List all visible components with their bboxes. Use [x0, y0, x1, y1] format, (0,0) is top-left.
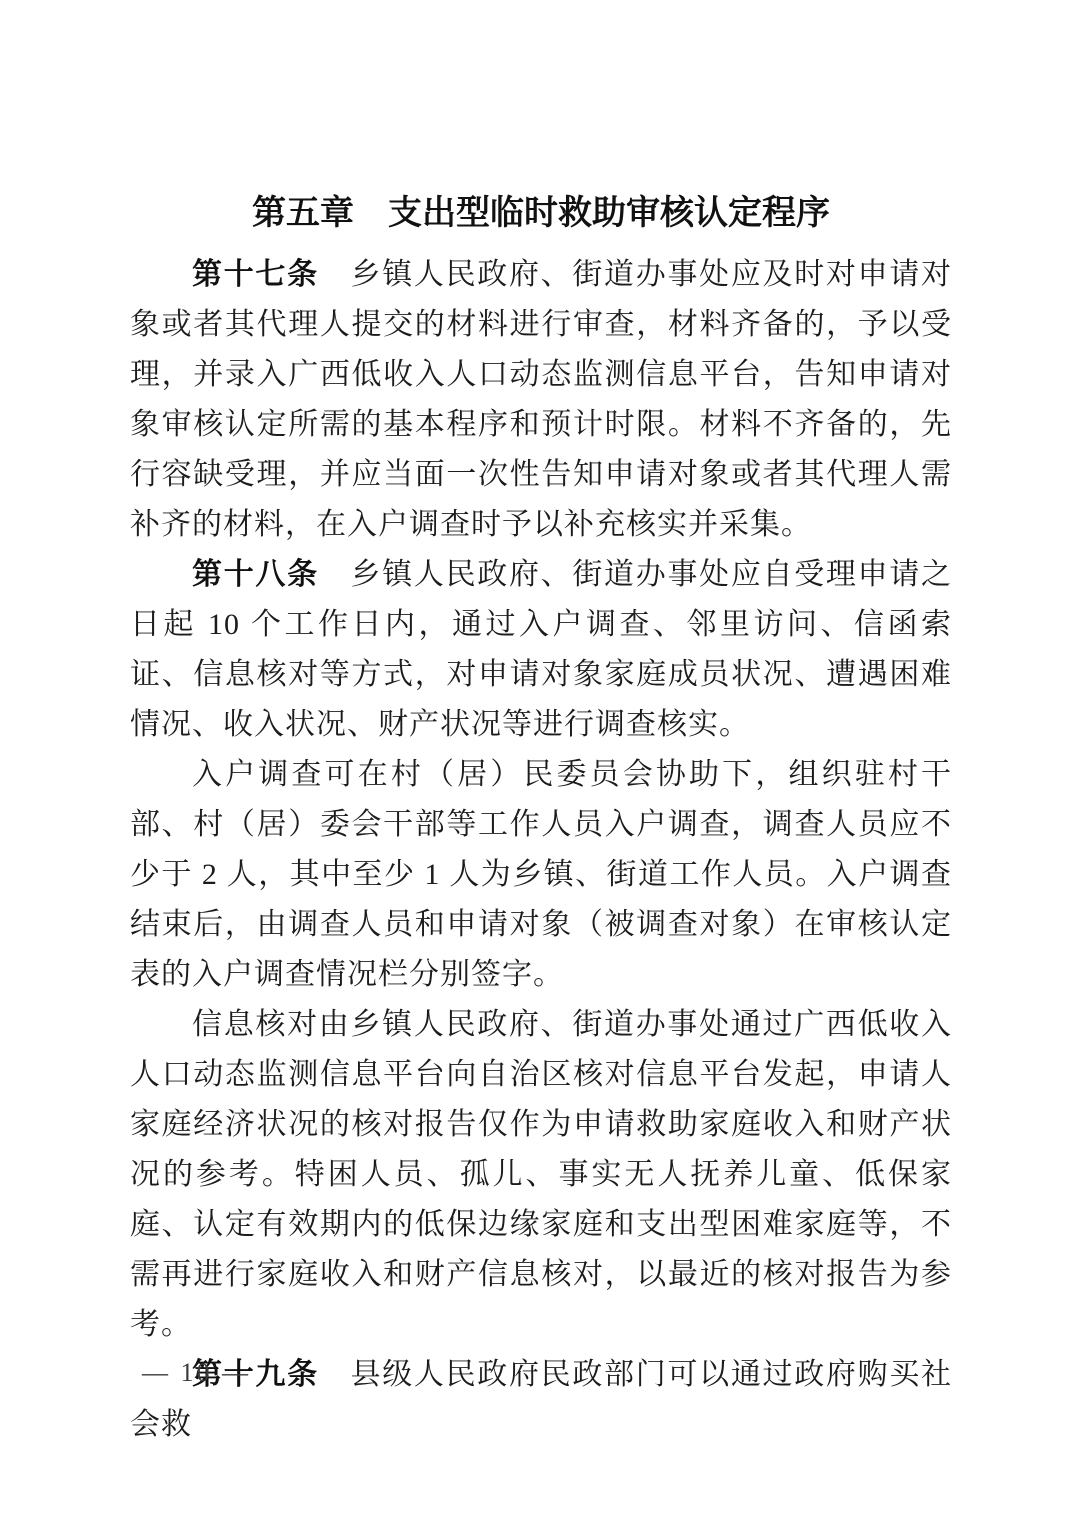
paragraph-household-survey-text: 入户调查可在村（居）民委员会协助下，组织驻村干部、村（居）委会干部等工作人员入户…	[130, 758, 952, 991]
chapter-title: 第五章 支出型临时救助审核认定程序	[130, 190, 952, 236]
page-number: — 10 —	[142, 1356, 251, 1390]
paragraph-household-survey: 入户调查可在村（居）民委员会协助下，组织驻村干部、村（居）委会干部等工作人员入户…	[130, 750, 952, 1000]
paragraph-information-check: 信息核对由乡镇人民政府、街道办事处通过广西低收入人口动态监测信息平台向自治区核对…	[130, 1000, 952, 1350]
page-content: 第五章 支出型临时救助审核认定程序 第十七条 乡镇人民政府、街道办事处应及时对申…	[130, 190, 952, 1450]
article-17-text: 乡镇人民政府、街道办事处应及时对申请对象或者其代理人提交的材料进行审查，材料齐备…	[130, 258, 952, 541]
paragraph-article-19: 第十九条 县级人民政府民政部门可以通过政府购买社会救	[130, 1350, 952, 1450]
document-page: 第五章 支出型临时救助审核认定程序 第十七条 乡镇人民政府、街道办事处应及时对申…	[0, 0, 1074, 1520]
paragraph-information-check-text: 信息核对由乡镇人民政府、街道办事处通过广西低收入人口动态监测信息平台向自治区核对…	[130, 1008, 952, 1341]
paragraph-article-17: 第十七条 乡镇人民政府、街道办事处应及时对申请对象或者其代理人提交的材料进行审查…	[130, 250, 952, 550]
article-18-number: 第十八条	[192, 558, 319, 591]
article-17-number: 第十七条	[192, 258, 319, 291]
paragraph-article-18: 第十八条 乡镇人民政府、街道办事处应自受理申请之日起 10 个工作日内，通过入户…	[130, 550, 952, 750]
